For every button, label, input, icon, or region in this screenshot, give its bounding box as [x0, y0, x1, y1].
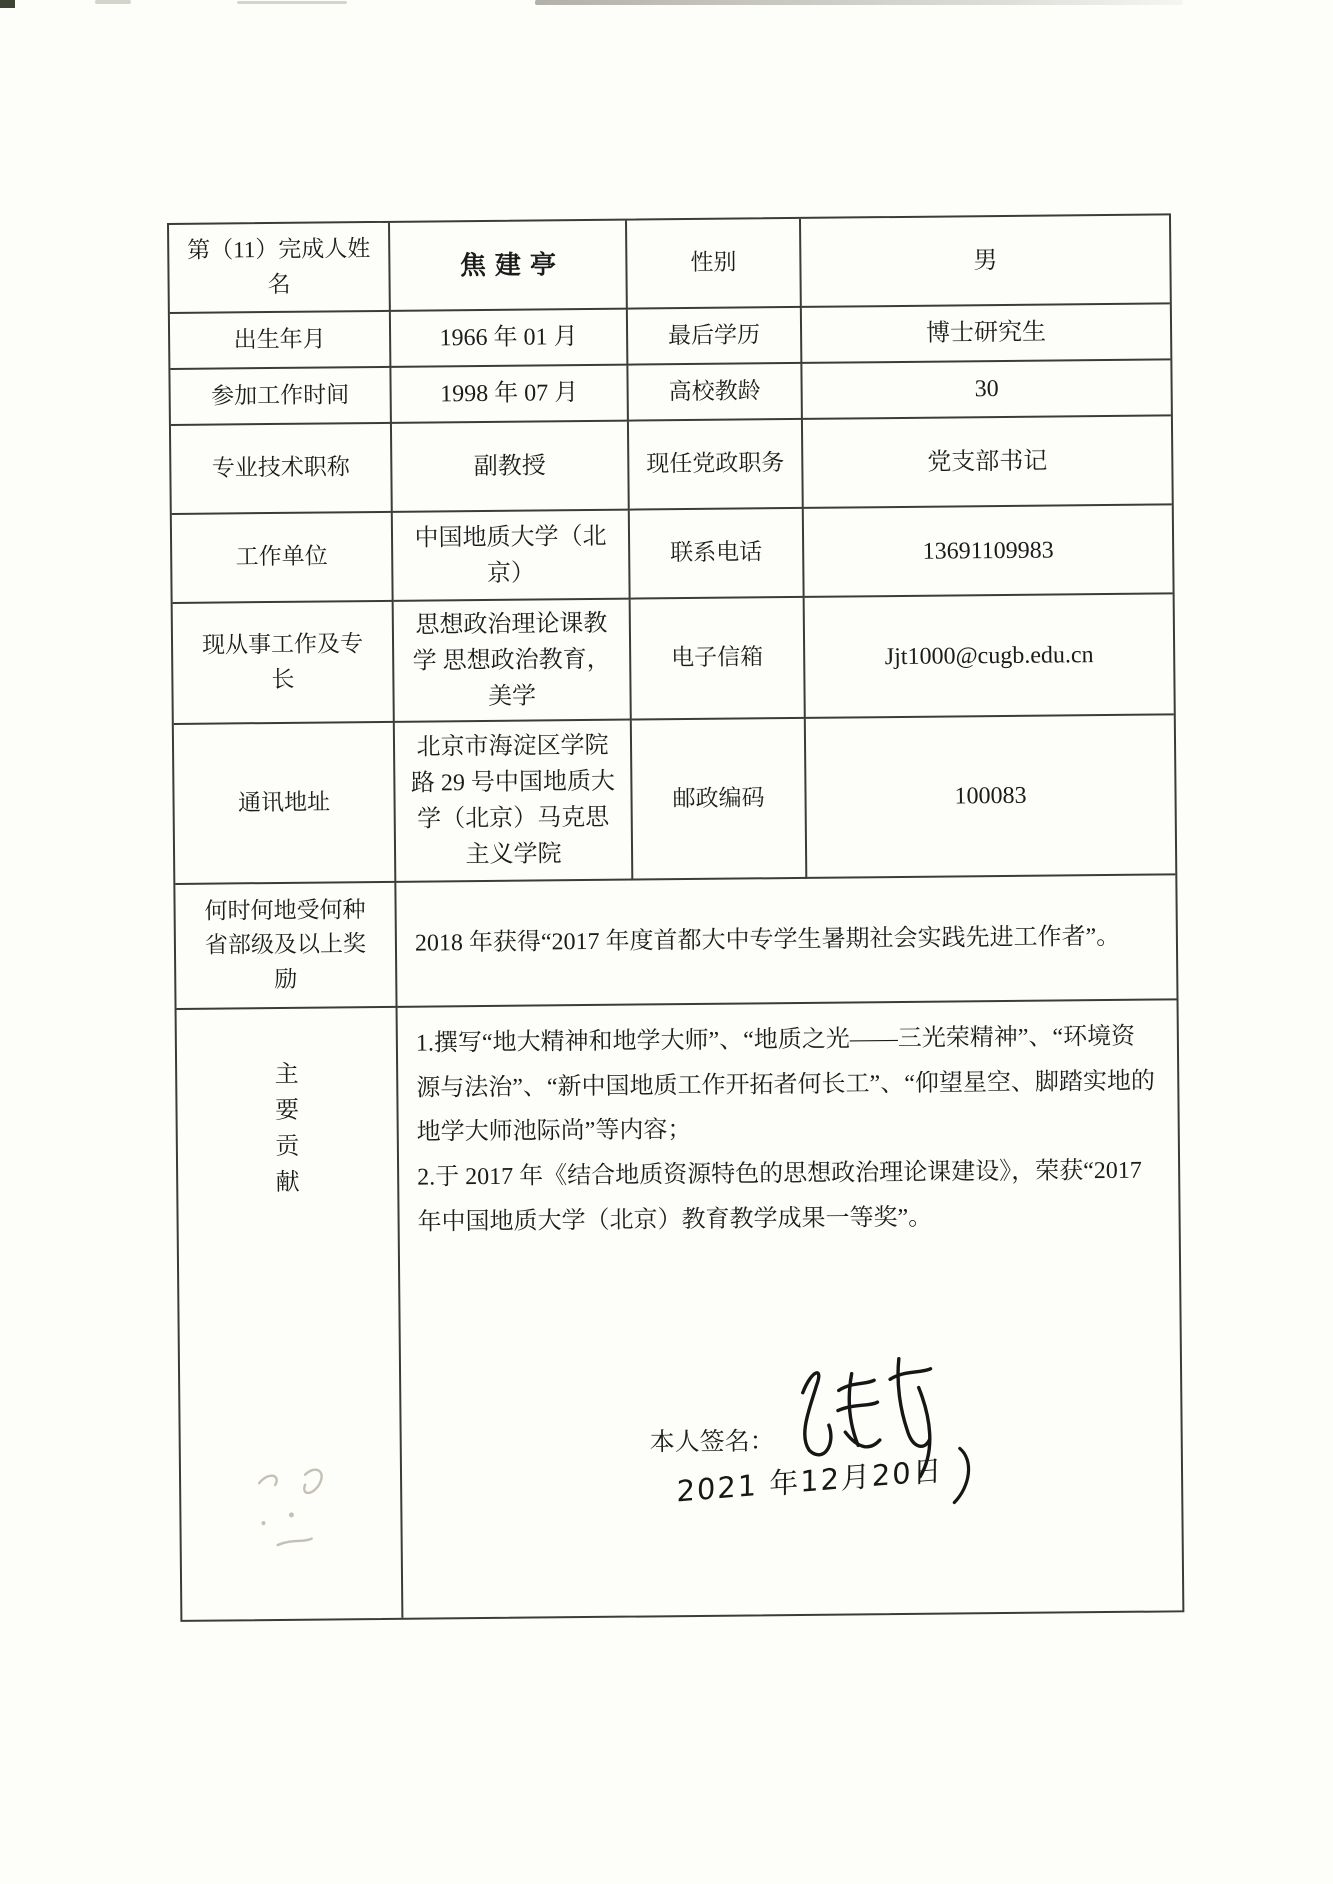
field-value-awards: 2018 年获得“2017 年度首都大中专学生暑期社会实践先进工作者”。 [396, 875, 1176, 1007]
field-value-last-degree: 博士研究生 [802, 304, 1171, 364]
field-label-phone: 联系电话 [630, 509, 805, 600]
field-value-employer: 中国地质大学（北京） [393, 511, 631, 602]
field-value-party-position: 党支部书记 [803, 416, 1172, 509]
field-value-current-work: 思想政治理论课教学 思想政治教育，美学 [394, 600, 632, 723]
field-value-gender: 男 [801, 215, 1170, 308]
field-label-professional-title: 专业技术职称 [171, 424, 393, 515]
field-value-phone: 13691109983 [804, 505, 1173, 598]
scan-streak [535, 0, 1183, 5]
field-label-employer: 工作单位 [172, 513, 394, 604]
field-label-mailing-address: 通讯地址 [174, 723, 397, 885]
field-value-main-contributions: 1.撰写“地大精神和地学大师”、“地质之光——三光荣精神”、“环境资源与法治”、… [398, 1000, 1183, 1617]
field-label-work-start: 参加工作时间 [170, 368, 392, 426]
field-value-postal-code: 100083 [806, 715, 1176, 879]
ink-smudge [247, 1456, 368, 1567]
personnel-form-table: 第（11）完成人姓名 焦建亭 性别 男 出生年月 1966 年 01 月 最后学… [167, 213, 1184, 1622]
form-grid: 第（11）完成人姓名 焦建亭 性别 男 出生年月 1966 年 01 月 最后学… [167, 213, 1184, 1622]
scan-smear [95, 0, 131, 4]
field-label-postal-code: 邮政编码 [632, 719, 808, 881]
contribution-item: 1.撰写“地大精神和地学大师”、“地质之光——三光荣精神”、“环境资源与法治”、… [416, 1015, 1160, 1156]
field-label-completer-name: 第（11）完成人姓名 [169, 223, 391, 314]
scan-smear [237, 1, 347, 4]
pen-flourish [948, 1444, 977, 1506]
contribution-item: 2.于 2017 年《结合地质资源特色的思想政治理论课建设》，荣获“2017 年… [417, 1148, 1161, 1244]
field-label-email: 电子信箱 [631, 598, 806, 721]
field-label-birth-date: 出生年月 [170, 312, 392, 370]
field-label-gender: 性别 [627, 219, 802, 310]
scan-corner-mark [0, 0, 15, 8]
field-label-current-work: 现从事工作及专长 [173, 602, 395, 725]
field-value-birth-date: 1966 年 01 月 [391, 310, 629, 368]
field-value-mailing-address: 北京市海淀区学院路 29 号中国地质大学（北京）马克思主义学院 [395, 721, 634, 883]
field-value-completer-name: 焦建亭 [390, 221, 628, 312]
scanned-form-page: { "paper": { "background": "#fdfdfa", "l… [0, 0, 1333, 1884]
field-value-teaching-years: 30 [802, 360, 1171, 420]
field-value-professional-title: 副教授 [392, 422, 630, 513]
field-label-main-contributions: 主要贡献 [177, 1008, 404, 1620]
field-label-awards: 何时何地受何种省部级及以上奖励 [175, 883, 397, 1010]
field-value-email: Jjt1000@cugb.edu.cn [805, 594, 1174, 719]
field-value-work-start: 1998 年 07 月 [391, 366, 629, 424]
field-label-party-position: 现任党政职务 [629, 420, 804, 511]
field-label-teaching-years: 高校教龄 [628, 364, 803, 422]
signature-block: 本人签名： 2021 年12月20日 [649, 1352, 1050, 1510]
field-label-last-degree: 最后学历 [628, 308, 803, 366]
